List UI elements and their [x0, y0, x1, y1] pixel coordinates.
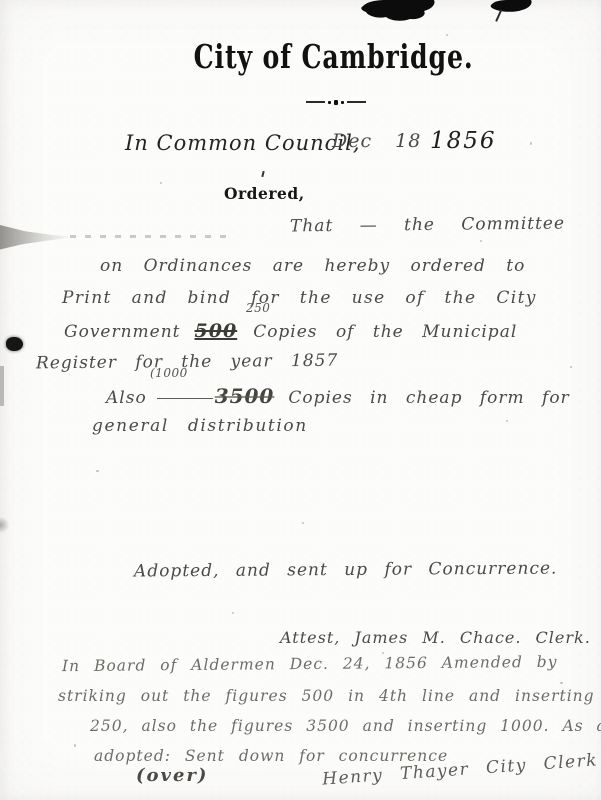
scan-speck — [232, 612, 234, 614]
ordered-label: Ordered, — [224, 184, 305, 203]
ink-blot-top-right — [491, 0, 532, 12]
scan-smudge-left-lower — [0, 517, 9, 533]
line6-text-post: Copies in cheap form for — [288, 388, 569, 408]
handwritten-date: Dec 18 — [332, 130, 421, 152]
scan-speck — [446, 34, 448, 36]
line4-text-pre: Government — [64, 322, 181, 342]
document-title: City of Cambridge. — [194, 39, 474, 77]
inserted-figure-1000: (1000 — [150, 366, 188, 380]
ink-blot-top-left — [361, 0, 434, 21]
order-body-line-2: on Ordinances are hereby ordered to — [100, 256, 525, 276]
over-note: (over) — [136, 765, 208, 786]
year-value: 1856 — [430, 128, 497, 154]
line6-text-pre: Also — [106, 388, 147, 408]
letterhead-divider — [302, 97, 370, 107]
scan-scratch — [495, 9, 502, 22]
scan-speck — [302, 522, 304, 524]
order-body-line-7: general distribution — [92, 416, 308, 436]
struck-figure-500: 500 — [195, 320, 238, 342]
aldermen-line-3: 250, also the figures 3500 and inserting… — [90, 717, 601, 735]
scan-speck — [560, 682, 563, 684]
letterhead: City of Cambridge. — [0, 40, 601, 75]
scan-speck — [160, 182, 162, 184]
scan-smudge-tail — [70, 235, 235, 238]
attest-signature-line: Attest, James M. Chace. Clerk. — [280, 628, 591, 647]
divider-dot — [341, 101, 344, 104]
council-session-label: In Common Council, — [125, 131, 361, 155]
divider-rule — [347, 101, 366, 103]
scan-speck — [570, 366, 572, 368]
order-body-line-3: Print and bind for the use of the City — [62, 288, 537, 308]
scan-speck — [480, 240, 482, 242]
scan-speck — [506, 420, 508, 422]
scanned-document-page: City of Cambridge. In Common Council, De… — [0, 0, 601, 800]
inserted-figure-250: 250 — [246, 301, 270, 315]
aldermen-line-2: striking out the figures 500 in 4th line… — [58, 687, 595, 705]
line4-text-post: Copies of the Municipal — [253, 322, 517, 342]
scan-smudge-left — [0, 224, 74, 250]
divider-rule — [306, 101, 325, 103]
divider-dot — [334, 100, 338, 105]
order-body-line-4: Government500Copies of the Municipal — [64, 320, 517, 342]
stray-pen-tick — [261, 171, 264, 177]
order-body-line-1: That — the Committee — [290, 214, 565, 237]
scan-speck — [96, 470, 99, 472]
struck-figure-3500: 3500 — [215, 384, 275, 408]
ink-dot — [6, 337, 23, 351]
scan-speck — [74, 744, 76, 747]
adopted-line: Adopted, and sent up for Concurrence. — [134, 559, 558, 582]
divider-dot — [328, 101, 331, 104]
scan-tape-marks — [0, 0, 601, 40]
aldermen-line-4: adopted: Sent down for concurrence — [94, 747, 448, 765]
fill-dash — [157, 398, 213, 399]
scan-edge-mark — [0, 366, 4, 406]
order-body-line-6: Also3500Copies in cheap form for — [106, 384, 570, 408]
aldermen-line-1: In Board of Aldermen Dec. 24, 1856 Amend… — [62, 653, 558, 675]
scan-speck — [530, 142, 532, 145]
